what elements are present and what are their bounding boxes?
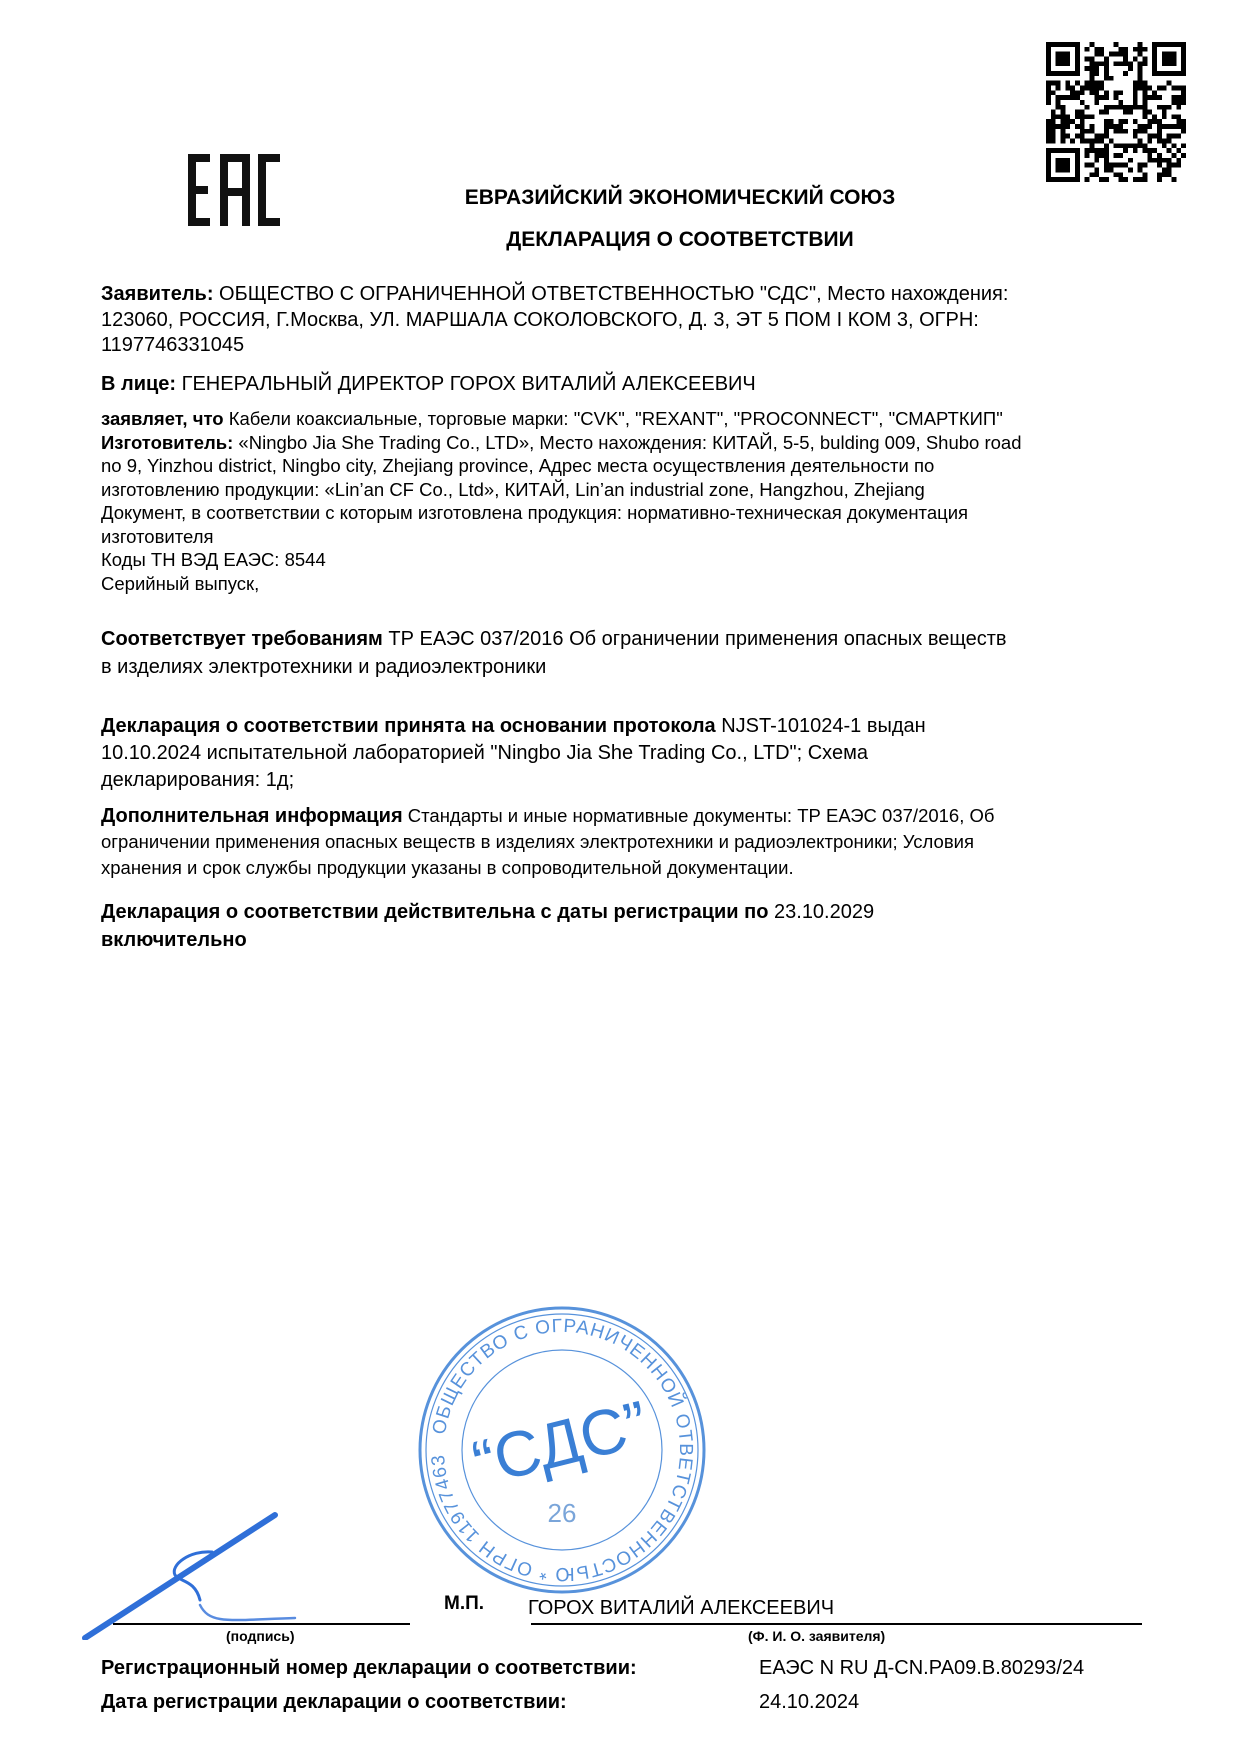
represented-by-label: В лице:: [101, 373, 176, 395]
additional-line-1: Стандарты и иные нормативные документы: …: [403, 805, 995, 826]
stamp-center-text: “СДС”: [466, 1387, 655, 1500]
additional-line-3: хранения и срок службы продукции указаны…: [101, 855, 1161, 881]
registration-number-label: Регистрационный номер декларации о соотв…: [101, 1657, 637, 1680]
serial-production: Серийный выпуск,: [101, 572, 1161, 596]
additional-info-section: Дополнительная информация Стандарты и ин…: [101, 803, 1161, 881]
registration-date-label: Дата регистрации декларации о соответств…: [101, 1691, 567, 1714]
manufacturer-line-1: «Ningbo Jia She Trading Co., LTD», Место…: [233, 432, 1021, 453]
product-section: заявляет, что Кабели коаксиальные, торго…: [101, 407, 1161, 595]
validity-suffix: включительно: [101, 929, 247, 951]
represented-by-section: В лице: ГЕНЕРАЛЬНЫЙ ДИРЕКТОР ГОРОХ ВИТАЛ…: [101, 372, 1161, 398]
applicant-section: Заявитель: ОБЩЕСТВО С ОГРАНИЧЕННОЙ ОТВЕТ…: [101, 282, 1161, 359]
name-line: [531, 1623, 1142, 1625]
signature-line: [113, 1623, 410, 1625]
registration-number-value: ЕАЭС N RU Д-CN.РА09.В.80293/24: [759, 1657, 1084, 1680]
declares-value: Кабели коаксиальные, торговые марки: "CV…: [224, 408, 1003, 429]
manufacturer-line-3: изготовлению продукции: «Lin’an CF Co., …: [101, 478, 1161, 502]
document-title: ДЕКЛАРАЦИЯ О СООТВЕТСТВИИ: [0, 228, 1240, 252]
additional-line-2: ограничении применения опасных веществ в…: [101, 829, 1161, 855]
signature-icon: [80, 1510, 380, 1640]
applicant-line-1: ОБЩЕСТВО С ОГРАНИЧЕННОЙ ОТВЕТСТВЕННОСТЬЮ…: [214, 283, 1009, 305]
complies-line-1: ТР ЕАЭС 037/2016 Об ограничении применен…: [383, 628, 1007, 650]
complies-label: Соответствует требованиям: [101, 628, 383, 650]
qr-code-icon: [1046, 42, 1186, 182]
manufacturer-label: Изготовитель:: [101, 432, 233, 453]
registration-date-value: 24.10.2024: [759, 1691, 859, 1714]
declares-label: заявляет, что: [101, 408, 224, 429]
validity-label: Декларация о соответствии действительна …: [101, 901, 768, 923]
manufacturer-line-2: no 9, Yinzhou district, Ningbo city, Zhe…: [101, 454, 1161, 478]
applicant-line-3: 1197746331045: [101, 333, 1161, 359]
basis-label: Декларация о соответствии принята на осн…: [101, 715, 716, 737]
validity-date: 23.10.2029: [768, 901, 874, 923]
union-title: ЕВРАЗИЙСКИЙ ЭКОНОМИЧЕСКИЙ СОЮЗ: [0, 186, 1240, 210]
basis-line-2: 10.10.2024 испытательной лабораторией "N…: [101, 740, 1161, 767]
stamp-number: 26: [548, 1498, 577, 1528]
name-caption: (Ф. И. О. заявителя): [748, 1628, 885, 1644]
validity-section: Декларация о соответствии действительна …: [101, 898, 1161, 954]
tn-ved-codes: Коды ТН ВЭД ЕАЭС: 8544: [101, 548, 1161, 572]
basis-section: Декларация о соответствии принята на осн…: [101, 713, 1161, 794]
mp-label: М.П.: [444, 1593, 484, 1615]
applicant-label: Заявитель:: [101, 283, 214, 305]
signer-name: ГОРОХ ВИТАЛИЙ АЛЕКСЕЕВИЧ: [528, 1597, 834, 1620]
complies-line-2: в изделиях электротехники и радиоэлектро…: [101, 653, 1161, 681]
complies-section: Соответствует требованиям ТР ЕАЭС 037/20…: [101, 625, 1161, 681]
document-line-2: изготовителя: [101, 525, 1161, 549]
document-line-1: Документ, в соответствии с которым изгот…: [101, 501, 1161, 525]
company-stamp: ОБЩЕСТВО С ОГРАНИЧЕННОЙ ОТВЕТСТВЕННОСТЬЮ…: [412, 1300, 712, 1600]
applicant-line-2: 123060, РОССИЯ, Г.Москва, УЛ. МАРШАЛА СО…: [101, 308, 1161, 334]
additional-label: Дополнительная информация: [101, 805, 403, 827]
represented-by-value: ГЕНЕРАЛЬНЫЙ ДИРЕКТОР ГОРОХ ВИТАЛИЙ АЛЕКС…: [176, 373, 756, 395]
basis-line-3: декларирования: 1д;: [101, 767, 1161, 794]
basis-line-1: NJST-101024-1 выдан: [716, 715, 926, 737]
signature-caption: (подпись): [226, 1628, 295, 1644]
